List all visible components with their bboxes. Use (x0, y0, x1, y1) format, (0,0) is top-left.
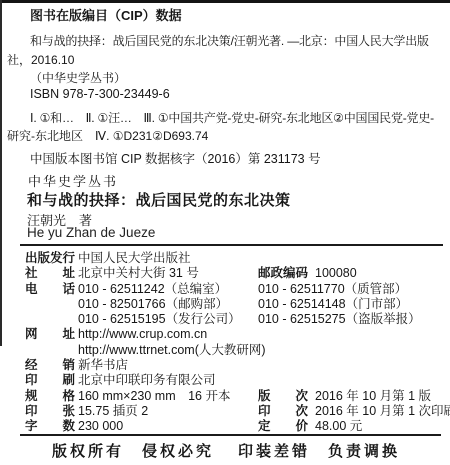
colophon-right-value: 010 - 62515275（盗版举报） (258, 312, 421, 326)
colophon-value: 新华书店 (78, 358, 128, 372)
colophon-row-phone-2: 010 - 82501766（邮购部） 010 - 62514148（门市部） (0, 297, 450, 312)
colophon-label: 字 数 (25, 419, 78, 434)
scan-edge-top (0, 0, 450, 3)
colophon-value: 中国人民大学出版社 (78, 251, 191, 265)
cip-entry-line1: 和与战的抉择：战后国民党的东北决策/汪朝光著. —北京：中国人民大学出版 (30, 32, 429, 49)
price-label: 定 价 (258, 419, 315, 434)
cip-entry-line2: 社，2016.10 (7, 51, 74, 68)
colophon-value: 北京中印联印务有限公司 (78, 373, 216, 387)
colophon-right: 印 次2016 年 10 月第 1 次印刷 (258, 404, 450, 419)
edition-value: 2016 年 10 月第 1 版 (315, 389, 431, 403)
colophon-value: 010 - 62511242（总编室） (78, 282, 227, 296)
colophon-value: 160 mm×230 mm 16 开本 (78, 389, 230, 403)
colophon-row-address: 社 址北京中关村大街 31 号 邮政编码100080 (0, 266, 450, 281)
colophon-row-sheets: 印 张15.75 插页 2 印 次2016 年 10 月第 1 次印刷 (0, 404, 450, 419)
colophon-row-phone-3: 010 - 62515195（发行公司） 010 - 62515275（盗版举报… (0, 312, 450, 327)
colophon-row-format: 规 格160 mm×230 mm 16 开本 版 次2016 年 10 月第 1… (0, 389, 450, 404)
colophon-label: 印 张 (25, 404, 78, 419)
cip-series: （中华史学丛书） (30, 69, 126, 86)
printing-value: 2016 年 10 月第 1 次印刷 (315, 404, 450, 418)
colophon-label: 社 址 (25, 266, 78, 281)
colophon-value: 230 000 (78, 419, 123, 433)
colophon-right: 定 价48.00 元 (258, 419, 362, 434)
colophon-label: 规 格 (25, 389, 78, 404)
colophon-value: 北京中关村大街 31 号 (78, 266, 199, 280)
colophon-right: 010 - 62511770（质管部） (258, 282, 407, 297)
colophon-label: 印 刷 (25, 373, 78, 388)
copyright-notice-left: 版权所有 侵权必究 (52, 440, 214, 461)
printing-label: 印 次 (258, 404, 315, 419)
colophon-row-printer: 印 刷北京中印联印务有限公司 (0, 373, 450, 388)
cip-isbn: ISBN 978-7-300-23449-6 (30, 87, 170, 101)
cip-registry-number: 中国版本图书馆 CIP 数据核字（2016）第 231173 号 (30, 149, 321, 167)
series-name: 中华史学丛书 (28, 171, 118, 190)
colophon-right-value: 010 - 62511770（质管部） (258, 282, 407, 296)
colophon-row-website-2: http://www.ttrnet.com(人大教研网) (0, 343, 450, 358)
colophon-table: 出版发行中国人民大学出版社 社 址北京中关村大街 31 号 邮政编码100080… (0, 251, 450, 435)
colophon-label: 电 话 (25, 282, 78, 297)
colophon-right: 邮政编码100080 (258, 266, 357, 281)
colophon-right: 010 - 62515275（盗版举报） (258, 312, 421, 327)
colophon-right: 版 次2016 年 10 月第 1 版 (258, 389, 431, 404)
colophon-row-publisher: 出版发行中国人民大学出版社 (0, 251, 450, 266)
copyright-notice-right: 印装差错 负责调换 (238, 440, 400, 461)
postal-code-label: 邮政编码 (258, 266, 315, 281)
colophon-value: 010 - 82501766（邮购部） (78, 297, 228, 311)
website-url: http://www.crup.com.cn (78, 327, 207, 341)
colophon-label: 网 址 (25, 327, 78, 342)
colophon-label: 出版发行 (25, 251, 78, 266)
colophon-value: 010 - 62515195（发行公司） (78, 312, 241, 326)
book-title-pinyin: He yu Zhan de Jueze (27, 225, 155, 240)
cip-header: 图书在版编目（CIP）数据 (30, 5, 182, 24)
colophon-row-website-1: 网 址http://www.crup.com.cn (0, 327, 450, 342)
price-value: 48.00 元 (315, 419, 362, 433)
cip-classification-line2: 研究-东北地区 Ⅳ. ①D231②D693.74 (7, 127, 208, 144)
colophon-row-wordcount: 字 数230 000 定 价48.00 元 (0, 419, 450, 434)
divider-bottom (20, 434, 441, 436)
postal-code-value: 100080 (315, 266, 357, 280)
edition-label: 版 次 (258, 389, 315, 404)
colophon-right: 010 - 62514148（门市部） (258, 297, 408, 312)
book-title: 和与战的抉择：战后国民党的东北决策 (27, 189, 291, 210)
colophon-value: 15.75 插页 2 (78, 404, 148, 418)
colophon-label: 经 销 (25, 358, 78, 373)
colophon-row-phone-1: 电 话010 - 62511242（总编室） 010 - 62511770（质管… (0, 282, 450, 297)
copyright-notice: 版权所有 侵权必究 印装差错 负责调换 (0, 440, 450, 461)
book-copyright-page: { "colors": { "page_bg": "#ffffff", "ink… (0, 0, 450, 465)
cip-classification-line1: Ⅰ. ①和… Ⅱ. ①汪… Ⅲ. ①中国共产党-党史-研究-东北地区②中国国民党… (30, 109, 434, 126)
website-url: http://www.ttrnet.com(人大教研网) (78, 343, 266, 357)
colophon-row-distributor: 经 销新华书店 (0, 358, 450, 373)
divider-top (20, 244, 443, 246)
colophon-right-value: 010 - 62514148（门市部） (258, 297, 408, 311)
